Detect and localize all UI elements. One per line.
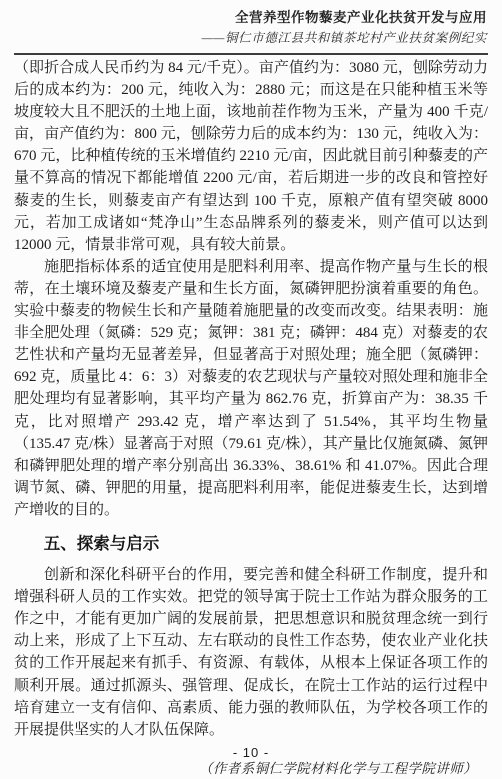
body-paragraph-2: 施肥指标体系的适宜使用是肥料利用率、提高作物产量与生长的根蒂，在土壤环境及藜麦产… xyxy=(14,256,488,521)
header-rule xyxy=(14,53,488,55)
running-head-title: 全营养型作物藜麦产业化扶贫开发与应用 xyxy=(14,7,487,28)
body-paragraph-1: （即折合成人民币约为 84 元/千克）。亩产值约为：3080 元，刨除劳动力后的… xyxy=(14,57,488,256)
running-head-subtitle: ——铜仁市德江县共和镇茶坨村产业扶贫案例纪实 xyxy=(14,28,487,48)
document-page: 全营养型作物藜麦产业化扶贫开发与应用 ——铜仁市德江县共和镇茶坨村产业扶贫案例纪… xyxy=(0,0,502,779)
running-head: 全营养型作物藜麦产业化扶贫开发与应用 ——铜仁市德江县共和镇茶坨村产业扶贫案例纪… xyxy=(14,7,487,48)
page-number: - 10 - xyxy=(0,745,502,760)
author-attribution: （作者系铜仁学院材料化学与工程学院讲师） xyxy=(14,758,488,779)
section-heading: 五、探索与启示 xyxy=(14,533,488,555)
section-paragraph-1: 创新和深化科研平台的作用，要完善和健全科研工作制度，提升和增强科研人员的工作实效… xyxy=(14,564,488,741)
article-body: （即折合成人民币约为 84 元/千克）。亩产值约为：3080 元，刨除劳动力后的… xyxy=(14,57,488,779)
